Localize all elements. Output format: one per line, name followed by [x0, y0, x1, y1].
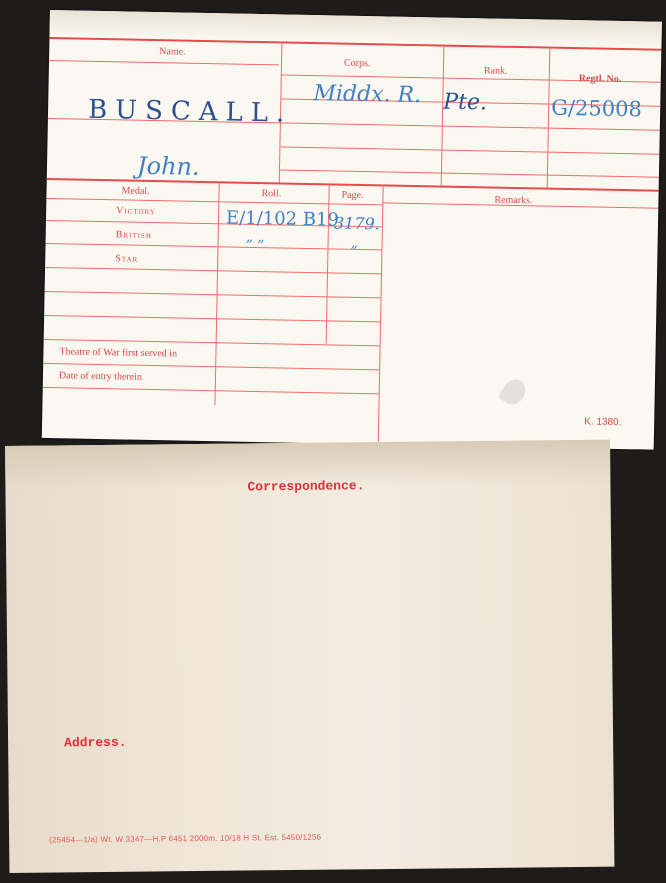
grid-line	[280, 146, 659, 154]
medal-british-label: British	[116, 229, 152, 241]
british-roll-ditto: ” ”	[245, 238, 264, 254]
corps-header: Corps.	[344, 58, 371, 70]
theatre-of-war-label: Theatre of War first served in	[59, 346, 177, 359]
name-header-line	[49, 60, 279, 65]
surname-handwritten: BUSCALL.	[88, 95, 293, 129]
medal-header: Medal.	[121, 185, 149, 197]
regtl-no-header: Regtl. No.	[579, 73, 622, 85]
corps-handwritten: Middx. R.	[313, 81, 421, 108]
date-of-entry-label: Date of entry therein	[59, 370, 142, 383]
grid-line	[44, 315, 380, 322]
regtl-no-handwritten: G/25008	[551, 96, 642, 122]
form-code: K. 1380.	[584, 416, 621, 428]
roll-page-divider	[326, 183, 330, 343]
grid-line	[46, 243, 382, 250]
rank-header: Rank.	[484, 65, 508, 76]
name-header: Name.	[159, 46, 186, 58]
printer-line: (25454—1/a) Wt. W 3347—H.P 6451 2000m. 1…	[49, 833, 321, 845]
address-label: Address.	[64, 735, 127, 751]
grid-line	[44, 339, 380, 346]
top-border-line	[49, 37, 661, 51]
forename-handwritten: John.	[137, 152, 200, 181]
medal-index-card-front: Name. Corps. Rank. Regtl. No. BUSCALL. J…	[42, 10, 662, 450]
rank-handwritten: Pte.	[443, 90, 487, 116]
roll-header: Roll.	[261, 188, 281, 199]
victory-page-handwritten: 3179.	[334, 213, 380, 233]
page-header: Page.	[341, 190, 363, 201]
grid-line	[43, 387, 379, 394]
grid-line	[46, 198, 382, 205]
victory-roll-handwritten: E/1/102 B19	[226, 207, 339, 230]
grid-line	[43, 363, 379, 370]
grid-line	[280, 169, 659, 177]
rank-regtl-divider	[547, 48, 551, 188]
corps-rank-divider	[441, 46, 445, 186]
correspondence-label: Correspondence.	[247, 478, 364, 494]
grid-line	[45, 267, 381, 274]
grid-line	[45, 291, 381, 298]
medal-star-label: Star	[115, 253, 138, 264]
medal-victory-label: Victory	[116, 205, 156, 217]
embossed-stamp-icon	[498, 375, 530, 409]
remarks-header: Remarks.	[494, 195, 532, 207]
british-page-ditto: ”	[350, 244, 357, 260]
medal-index-card-back: Correspondence. Address. (25454—1/a) Wt.…	[5, 440, 614, 873]
